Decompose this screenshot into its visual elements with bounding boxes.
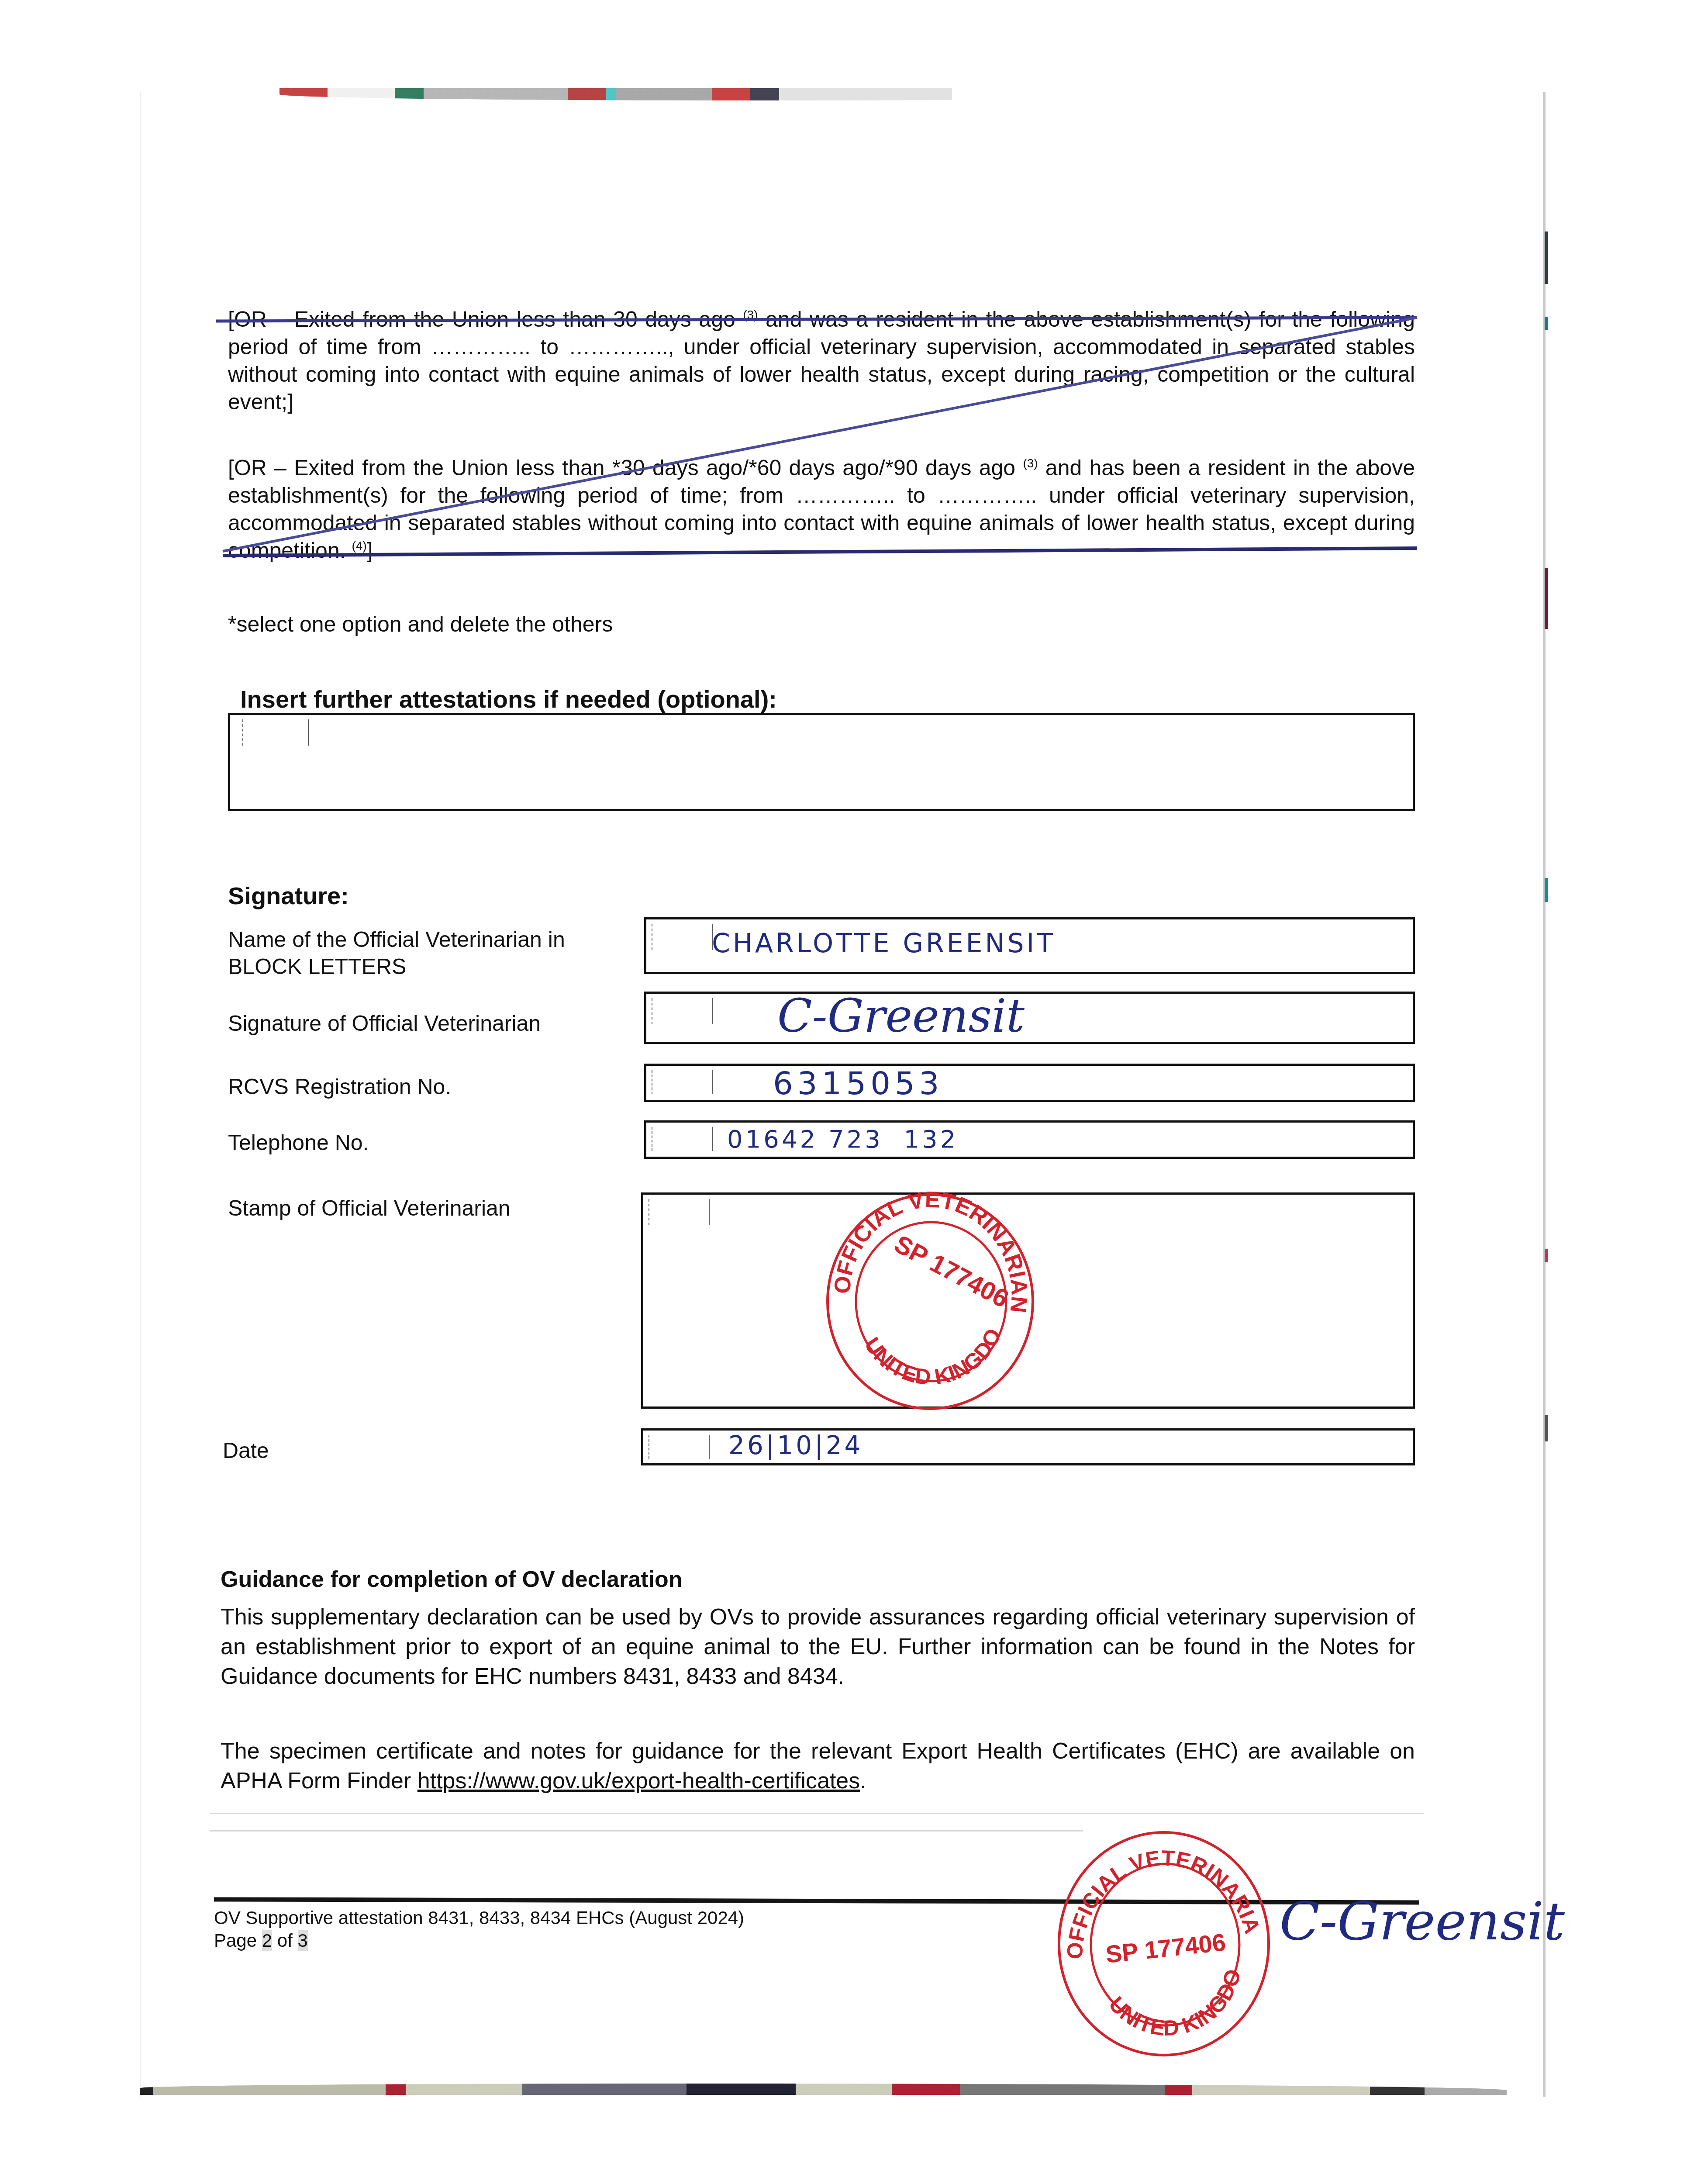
footnote-ref: (3) xyxy=(743,308,758,321)
edge-tab xyxy=(1545,1415,1548,1441)
field-label-rcvs: RCVS Registration No. xyxy=(228,1073,451,1100)
field-label-date: Date xyxy=(223,1437,269,1464)
footnote-ref: (4) xyxy=(352,539,367,553)
footer-official-vet-stamp: OFFICIAL VETERINARIAN UNITED KINGDOM SP … xyxy=(1052,1826,1280,2062)
faint-rule xyxy=(210,1813,1424,1814)
page-edge-left xyxy=(140,92,141,2097)
guidance-paragraph-2: The specimen certificate and notes for g… xyxy=(221,1736,1415,1796)
binder-strip-bottom xyxy=(140,2084,1507,2095)
option-1-line1: [OR – Exited from the Union less than 30… xyxy=(228,307,735,332)
name-value: CHARLOTTE GREENSIT xyxy=(712,928,1056,959)
page-edge-right xyxy=(1543,92,1546,2097)
guidance-heading: Guidance for completion of OV declaratio… xyxy=(221,1566,682,1593)
signature-value: C-Greensit xyxy=(777,989,1025,1043)
binder-strip-top xyxy=(279,88,1240,100)
edge-tab xyxy=(1545,317,1548,330)
footer-page-number: Page 2 of 3 xyxy=(214,1929,308,1952)
name-field[interactable]: CHARLOTTE GREENSIT xyxy=(644,917,1415,974)
option-2-text-a: [OR – Exited from the Union less than *3… xyxy=(228,456,1015,480)
signature-field[interactable]: C-Greensit xyxy=(644,992,1415,1044)
signature-heading: Signature: xyxy=(228,882,349,909)
option-block-2: [OR – Exited from the Union less than *3… xyxy=(228,454,1415,564)
telephone-value: 01642 723 132 xyxy=(727,1125,958,1154)
stamp-center-text: SP 177406 xyxy=(1104,1928,1227,1968)
faint-rule xyxy=(210,1830,1083,1832)
further-attestations-field[interactable] xyxy=(228,713,1415,811)
field-label-signature: Signature of Official Veterinarian xyxy=(228,1010,541,1037)
date-value: 26|10|24 xyxy=(728,1431,863,1460)
field-label-stamp: Stamp of Official Veterinarian xyxy=(228,1195,511,1222)
footer-signature: C-Greensit xyxy=(1280,1891,1565,1952)
edge-tab xyxy=(1545,1249,1548,1262)
official-vet-stamp: OFFICIAL VETERINARIAN UNITED KINGDOM SP … xyxy=(817,1186,1044,1413)
option-block-1: [OR – Exited from the Union less than 30… xyxy=(228,306,1415,416)
rcvs-field[interactable]: 6315053 xyxy=(644,1064,1415,1102)
field-label-telephone: Telephone No. xyxy=(228,1129,369,1156)
option-2-text-c: ] xyxy=(367,538,373,563)
guidance-paragraph-1: This supplementary declaration can be us… xyxy=(221,1602,1415,1691)
page-current: 2 xyxy=(262,1930,272,1951)
edge-tab xyxy=(1545,232,1548,284)
edge-tab xyxy=(1545,878,1548,902)
footnote-ref: (3) xyxy=(1023,456,1038,470)
telephone-field[interactable]: 01642 723 132 xyxy=(644,1120,1415,1159)
field-label-name: Name of the Official Veterinarian in BLO… xyxy=(228,926,621,980)
further-attestations-heading: Insert further attestations if needed (o… xyxy=(240,686,777,713)
option-1-line1b: and was a resident in the above establis… xyxy=(766,307,1322,332)
export-health-certificates-link[interactable]: https://www.gov.uk/export-health-certifi… xyxy=(417,1768,860,1794)
footer-title: OV Supportive attestation 8431, 8433, 84… xyxy=(214,1907,744,1929)
page-total: 3 xyxy=(298,1930,308,1951)
guidance-p2-suffix: . xyxy=(860,1768,866,1794)
rcvs-value: 6315053 xyxy=(773,1065,944,1102)
select-note: *select one option and delete the others xyxy=(228,611,613,638)
edge-tab xyxy=(1545,568,1548,629)
date-field[interactable]: 26|10|24 xyxy=(641,1428,1415,1465)
